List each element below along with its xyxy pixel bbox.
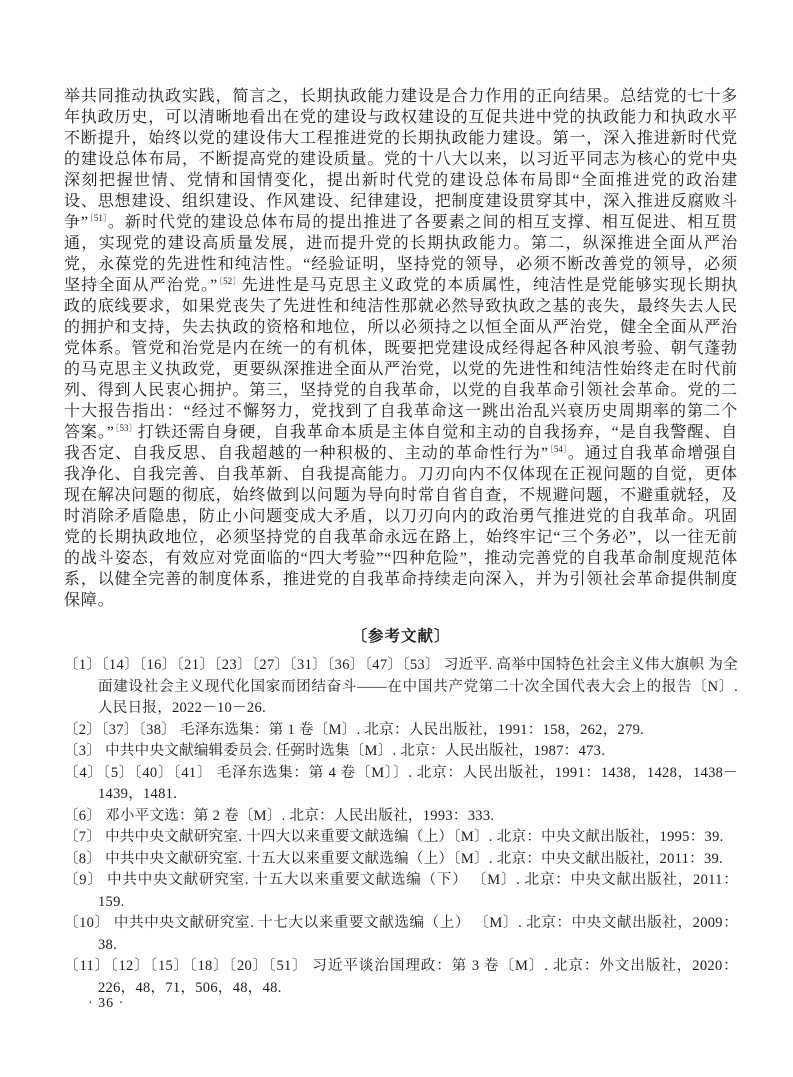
reference-item: 〔9〕 中共中央文献研究室. 十五大以来重要文献选编（下） 〔M〕. 北京：中央… (64, 870, 738, 913)
citation-superscript: 〔54〕 (549, 444, 568, 454)
references-list: 〔1〕〔14〕〔16〕〔21〕〔23〕〔27〕〔31〕〔36〕〔47〕〔53〕 … (64, 655, 738, 999)
reference-item: 〔2〕〔37〕〔38〕 毛泽东选集：第 1 卷〔M〕. 北京：人民出版社，199… (64, 720, 738, 742)
reference-item: 〔6〕 邓小平文选：第 2 卷〔M〕. 北京：人民出版社，1993：333. (64, 806, 738, 828)
reference-item: 〔1〕〔14〕〔16〕〔21〕〔23〕〔27〕〔31〕〔36〕〔47〕〔53〕 … (64, 655, 738, 720)
reference-item: 〔4〕〔5〕〔40〕〔41〕 毛泽东选集：第 4 卷〔M〕〕. 北京：人民出版社… (64, 763, 738, 806)
page-content: 举共同推动执政实践，简言之，长期执政能力建设是合力作用的正向结果。总结党的七十多… (64, 86, 738, 999)
body-text-segment: 先进性是马克思主义政党的本质属性，纯洁性是党能够实现长期执政的底线要求，如果党丧… (64, 277, 738, 441)
reference-item: 〔8〕 中共中央文献研究室. 十五大以来重要文献选编（上）〔M〕. 北京：中央文… (64, 849, 738, 871)
body-paragraph: 举共同推动执政实践，简言之，长期执政能力建设是合力作用的正向结果。总结党的七十多… (64, 86, 738, 611)
reference-item: 〔10〕 中共中央文献研究室. 十七大以来重要文献选编（上） 〔M〕. 北京：中… (64, 913, 738, 956)
citation-superscript: 〔52〕 (218, 276, 242, 286)
reference-item: 〔7〕 中共中央文献研究室. 十四大以来重要文献选编（上）〔M〕. 北京：中央文… (64, 827, 738, 849)
body-text-segment: 。通过自我革命增强自我净化、自我完善、自我革新、自我提高能力。刀刃向内不仅体现在… (64, 445, 738, 609)
citation-superscript: 〔51〕 (89, 213, 108, 223)
paper-page: 举共同推动执政实践，简言之，长期执政能力建设是合力作用的正向结果。总结党的七十多… (0, 0, 793, 1077)
references-header: 〔参考文献〕 (64, 624, 738, 646)
page-number: · 36 · (88, 996, 124, 1012)
reference-item: 〔3〕 中共中央文献编辑委员会. 任弼时选集〔M〕. 北京：人民出版社，1987… (64, 741, 738, 763)
citation-superscript: 〔53〕 (115, 423, 138, 433)
reference-item: 〔11〕〔12〕〔15〕〔18〕〔20〕〔51〕 习近平谈治国理政：第 3 卷〔… (64, 956, 738, 999)
body-text-segment: 举共同推动执政实践，简言之，长期执政能力建设是合力作用的正向结果。总结党的七十多… (64, 88, 738, 231)
